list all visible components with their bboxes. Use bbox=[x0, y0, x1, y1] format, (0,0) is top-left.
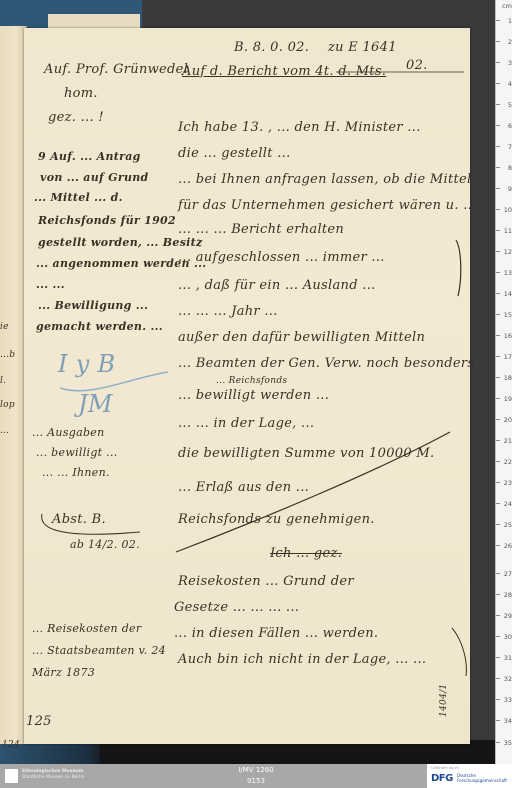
measurement-ruler: cm 1 2 3 4 5 6 7 8 9 10 11 12 13 14 15 1… bbox=[495, 0, 512, 764]
ruler-tick: 7 bbox=[508, 143, 512, 151]
ruler-tick: 15 bbox=[504, 311, 512, 319]
ruler-tick: 25 bbox=[504, 521, 512, 529]
document-viewer[interactable]: 124 ie …b l. lop … B. 8. 0. 02. zu E 164… bbox=[0, 0, 512, 764]
ruler-tick: 28 bbox=[504, 591, 512, 599]
ruler-tick: 4 bbox=[508, 80, 512, 88]
ruler-tick: 2 bbox=[508, 38, 512, 46]
ruler-tick: 34 bbox=[504, 717, 512, 725]
ruler-tick: 35 bbox=[504, 739, 512, 747]
ruler-tick: 18 bbox=[504, 374, 512, 382]
ruler-tick: 21 bbox=[504, 437, 512, 445]
ruler-tick: 30 bbox=[504, 633, 512, 641]
ruler-tick: 19 bbox=[504, 395, 512, 403]
ruler-tick: 14 bbox=[504, 290, 512, 298]
ruler-tick: 6 bbox=[508, 122, 512, 130]
ruler-tick: 20 bbox=[504, 416, 512, 424]
ruler-tick: 13 bbox=[504, 269, 512, 277]
ruler-tick: 8 bbox=[508, 164, 512, 172]
dfg-name: Deutsche Forschungsgemeinschaft bbox=[457, 773, 507, 783]
funded-by-label: Gefördert durch bbox=[431, 766, 459, 770]
ruler-tick: 29 bbox=[504, 612, 512, 620]
ruler-tick: 22 bbox=[504, 458, 512, 466]
ruler-tick: 5 bbox=[508, 101, 512, 109]
ruler-tick: 24 bbox=[504, 500, 512, 508]
dfg-name-line-2: Forschungsgemeinschaft bbox=[457, 778, 507, 783]
ruler-tick: 12 bbox=[504, 248, 512, 256]
ruler-tick: 11 bbox=[504, 227, 512, 235]
ruler-tick: 26 bbox=[504, 542, 512, 550]
ruler-tick: 23 bbox=[504, 479, 512, 487]
dfg-logo-icon: DFG bbox=[431, 773, 453, 784]
ruler-tick: 31 bbox=[504, 654, 512, 662]
ruler-tick: 3 bbox=[508, 59, 512, 67]
footer-bar: Ethnologisches Museum Staatliche Museen … bbox=[0, 764, 512, 788]
ruler-tick: 27 bbox=[504, 570, 512, 578]
pen-strokes bbox=[0, 0, 495, 764]
ruler-tick: 17 bbox=[504, 353, 512, 361]
ruler-tick: 10 bbox=[504, 206, 512, 214]
ruler-unit: cm bbox=[502, 2, 512, 10]
ruler-tick: 9 bbox=[508, 185, 512, 193]
ruler-tick: 16 bbox=[504, 332, 512, 340]
ruler-tick: 33 bbox=[504, 696, 512, 704]
dfg-sponsor: Gefördert durch DFG Deutsche Forschungsg… bbox=[427, 764, 512, 788]
ruler-tick: 32 bbox=[504, 675, 512, 683]
ruler-tick: 1 bbox=[508, 17, 512, 25]
